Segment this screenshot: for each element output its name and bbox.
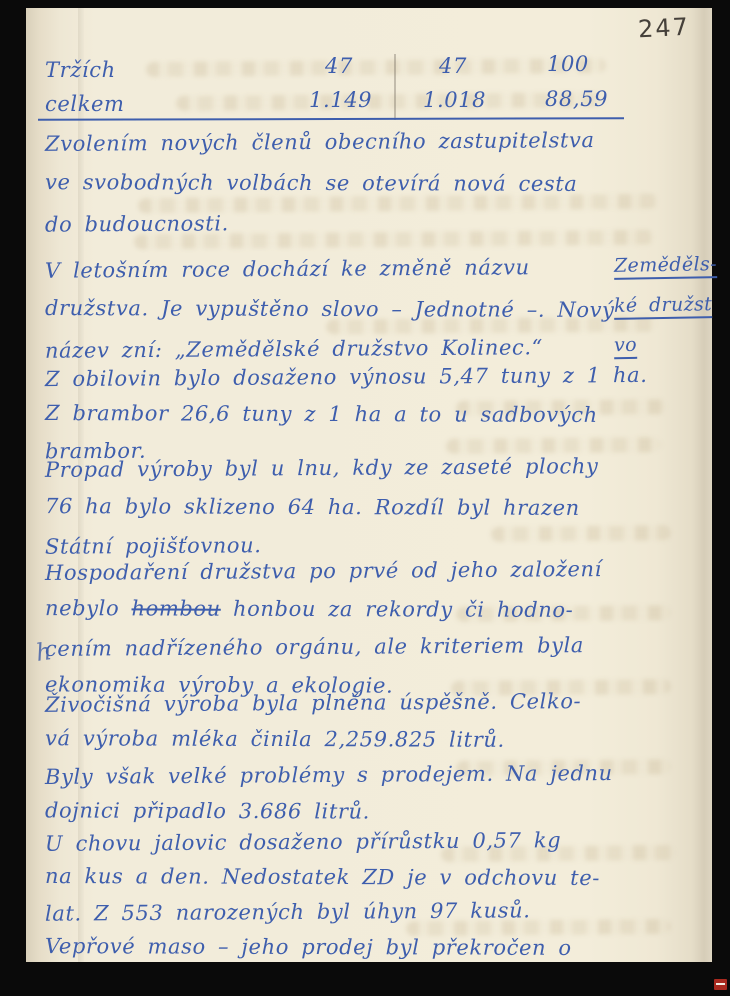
text-line: Z obilovin bylo dosaženo výnosu 5,47 tun… [45, 363, 648, 391]
bleed-through-artifact [146, 58, 606, 77]
scanned-chronicle-page: 247 Tržích 47 47 100 celkem 1.149 1.018 … [0, 0, 730, 996]
cell-value: 100 [547, 52, 589, 76]
text-line: Živočišná výroba byla plněna úspěšně. Ce… [45, 689, 581, 717]
text-line: ve svobodných volbách se otevírá nová ce… [45, 170, 578, 196]
text-line: Vepřové maso – jeho prodej byl překročen… [45, 934, 572, 960]
text-line: na kus a den. Nedostatek ZD je v odchovu… [45, 864, 600, 890]
text-segment: honbou za rekordy či hodno- [221, 597, 574, 622]
cell-value: 1.018 [423, 88, 486, 112]
text-line: do budoucnosti. [45, 211, 229, 236]
text-line: název zní: „Zemědělské družstvo Kolinec.… [45, 335, 543, 362]
page-surface: 247 Tržích 47 47 100 celkem 1.149 1.018 … [26, 8, 712, 962]
column-divider-line [394, 54, 396, 120]
text-line: Propad výroby byl u lnu, kdy ze zaseté p… [45, 454, 599, 482]
text-line: Hospodaření družstva po prvé od jeho zal… [45, 557, 602, 585]
bleed-through-artifact [138, 194, 658, 214]
text-line: vá výroba mléka činila 2,259.825 litrů. [45, 726, 505, 752]
strikethrough-word: hombou [131, 596, 220, 620]
text-line: Zvolením nových členů obecního zastupite… [45, 128, 595, 156]
margin-note-line: vo [614, 334, 637, 359]
page-number: 247 [637, 13, 690, 44]
cell-value: 88,59 [545, 87, 608, 111]
text-line: lat. Z 553 narozených byl úhyn 97 kusů. [45, 898, 531, 925]
text-line: Byly však velké problémy s prodejem. Na … [45, 761, 613, 789]
text-line: dojnici připadlo 3.686 litrů. [45, 798, 370, 823]
row-label: celkem [45, 92, 125, 116]
margin-note-line: ké družst [614, 293, 713, 320]
text-line: družstva. Je vypuštěno slovo – Jednotné … [45, 296, 615, 322]
cell-value: 1.149 [309, 88, 372, 112]
bleed-through-artifact [176, 92, 606, 111]
text-line: U chovu jalovic dosaženo přírůstku 0,57 … [45, 828, 561, 856]
corner-red-mark [714, 979, 727, 990]
margin-note-line: Zeměděls- [614, 253, 717, 280]
text-line: Z brambor 26,6 tuny z 1 ha a to u sadbov… [45, 401, 598, 427]
text-line: Státní pojišťovnou. [45, 533, 262, 559]
bleed-through-artifact [446, 437, 661, 454]
cell-value: 47 [325, 54, 353, 78]
cell-value: 47 [439, 54, 467, 78]
text-line: 76 ha bylo sklizeno 64 ha. Rozdíl byl hr… [45, 494, 580, 520]
bleed-through-artifact [491, 525, 671, 542]
text-line: nebylo hombou honbou za rekordy či hodno… [45, 596, 573, 622]
row-label: Tržích [45, 58, 116, 82]
underline-rule [38, 117, 624, 121]
text-line: cením nadřízeného orgánu, ale kriteriem … [45, 633, 584, 661]
text-segment: nebylo [45, 596, 132, 620]
text-line: V letošním roce dochází ke změně názvu [45, 255, 530, 282]
